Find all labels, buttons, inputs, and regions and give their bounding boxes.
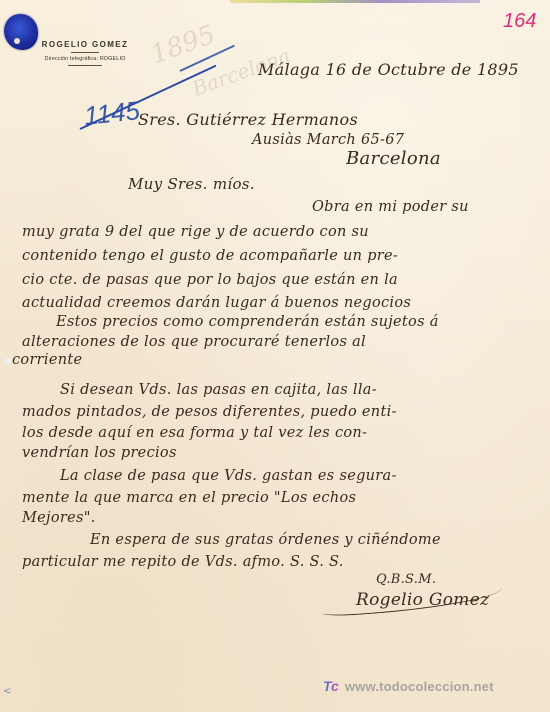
body-line: actualidad creemos darán lugar á buenos … bbox=[22, 295, 411, 311]
edge-mark: < bbox=[3, 686, 11, 697]
body-line: muy grata 9 del que rige y de acuerdo co… bbox=[22, 224, 369, 240]
body-line: En espera de sus gratas órdenes y ciñénd… bbox=[90, 532, 441, 548]
bleed-through-text: 1895 bbox=[147, 20, 219, 71]
letterhead-divider bbox=[68, 65, 102, 66]
body-line: contenido tengo el gusto de acompañarle … bbox=[22, 248, 398, 264]
archive-number: 164 bbox=[503, 10, 536, 33]
body-line: Obra en mi poder su bbox=[312, 199, 469, 215]
closing-initials: Q.B.S.M. bbox=[376, 572, 436, 587]
recipient-line: Ausiàs March 65-67 bbox=[252, 132, 404, 148]
body-line: vendrían los precios bbox=[22, 445, 177, 461]
body-line: alteraciones de los que procuraré tenerl… bbox=[22, 334, 366, 350]
body-line: Si desean Vds. las pasas en cajita, las … bbox=[60, 382, 377, 398]
salutation: Muy Sres. míos. bbox=[128, 175, 255, 193]
body-line: particular me repito de Vds. afmo. S. S.… bbox=[22, 554, 344, 570]
watermark-url: www.todocoleccion.net bbox=[345, 679, 494, 694]
top-edge-strip bbox=[230, 0, 480, 3]
body-line: cio cte. de pasas que por lo bajos que e… bbox=[22, 272, 398, 288]
place-date: Málaga 16 de Octubre de 1895 bbox=[258, 60, 519, 79]
letterhead-name: ROGELIO GOMEZ bbox=[30, 40, 140, 49]
body-line: Estos precios como comprenderán están su… bbox=[56, 314, 439, 330]
punch-hole bbox=[4, 358, 12, 364]
recipient-line: Barcelona bbox=[346, 148, 441, 169]
letterhead-divider bbox=[71, 52, 99, 53]
body-line: mados pintados, de pesos diferentes, pue… bbox=[22, 404, 397, 420]
body-line: Mejores". bbox=[22, 510, 96, 526]
body-line: mente la que marca en el precio "Los ech… bbox=[22, 490, 356, 506]
body-line: los desde aquí en esa forma y tal vez le… bbox=[22, 425, 367, 441]
recipient-line: Sres. Gutiérrez Hermanos bbox=[138, 110, 358, 129]
letterhead: ROGELIO GOMEZ Dirección telegráfica: ROG… bbox=[30, 40, 140, 69]
watermark-logo-icon: Tc bbox=[323, 678, 339, 694]
letter-page: 1895 Barcelona ROGELIO GOMEZ Dirección t… bbox=[0, 0, 550, 712]
body-line: corriente bbox=[12, 352, 82, 368]
letterhead-telegraph: Dirección telegráfica: ROGELIO bbox=[30, 56, 140, 62]
watermark: Tc www.todocoleccion.net bbox=[323, 678, 494, 694]
body-line: La clase de pasa que Vds. gastan es segu… bbox=[60, 468, 397, 484]
